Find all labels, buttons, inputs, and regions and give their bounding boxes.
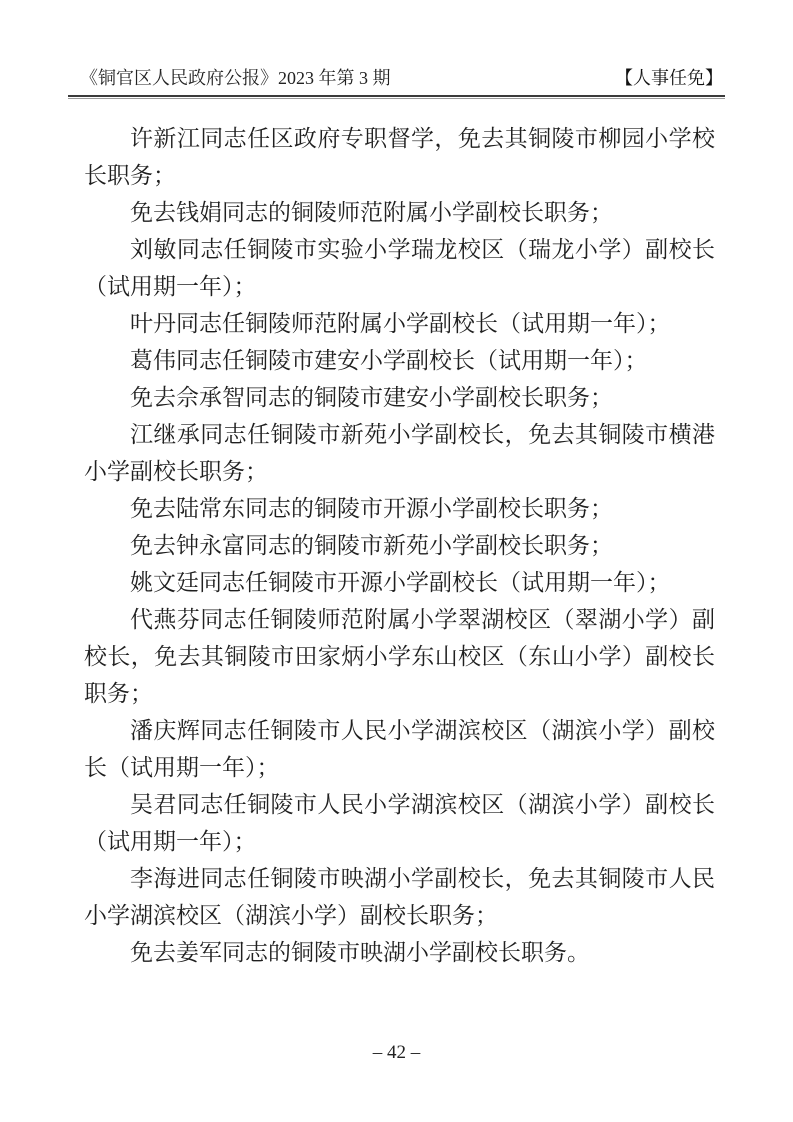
paragraph: 葛伟同志任铜陵市建安小学副校长（试用期一年）； [84,342,715,379]
header-section-label: 【人事任免】 [615,66,723,90]
paragraph: 免去钟永富同志的铜陵市新苑小学副校长职务； [84,527,715,564]
header-rule-thin-line [68,98,725,99]
page-number: – 42 – [373,1042,421,1063]
paragraph: 姚文廷同志任铜陵市开源小学副校长（试用期一年）； [84,564,715,601]
paragraph: 免去陆常东同志的铜陵市开源小学副校长职务； [84,490,715,527]
header-rule-thick-line [68,95,725,97]
document-body: 许新江同志任区政府专职督学，免去其铜陵市柳园小学校长职务；免去钱娟同志的铜陵师范… [84,120,715,971]
paragraph: 江继承同志任铜陵市新苑小学副校长，免去其铜陵市横港小学副校长职务； [84,416,715,490]
header-gazette-title: 《铜官区人民政府公报》2023 年第 3 期 [80,66,391,90]
paragraph: 免去佘承智同志的铜陵市建安小学副校长职务； [84,379,715,416]
paragraph: 刘敏同志任铜陵市实验小学瑞龙校区（瑞龙小学）副校长（试用期一年）； [84,231,715,305]
paragraph: 潘庆辉同志任铜陵市人民小学湖滨校区（湖滨小学）副校长（试用期一年）； [84,712,715,786]
paragraph: 李海进同志任铜陵市映湖小学副校长，免去其铜陵市人民小学湖滨校区（湖滨小学）副校长… [84,860,715,934]
paragraph: 免去姜军同志的铜陵市映湖小学副校长职务。 [84,934,715,971]
paragraph: 免去钱娟同志的铜陵师范附属小学副校长职务； [84,194,715,231]
gazette-page: 《铜官区人民政府公报》2023 年第 3 期 【人事任免】 许新江同志任区政府专… [0,0,793,1122]
paragraph: 许新江同志任区政府专职督学，免去其铜陵市柳园小学校长职务； [84,120,715,194]
page-header: 《铜官区人民政府公报》2023 年第 3 期 【人事任免】 [80,66,723,90]
paragraph: 叶丹同志任铜陵师范附属小学副校长（试用期一年）； [84,305,715,342]
page-footer: – 42 – [0,1042,793,1064]
header-rule [68,95,725,100]
paragraph: 吴君同志任铜陵市人民小学湖滨校区（湖滨小学）副校长（试用期一年）； [84,786,715,860]
paragraph: 代燕芬同志任铜陵师范附属小学翠湖校区（翠湖小学）副校长，免去其铜陵市田家炳小学东… [84,601,715,712]
